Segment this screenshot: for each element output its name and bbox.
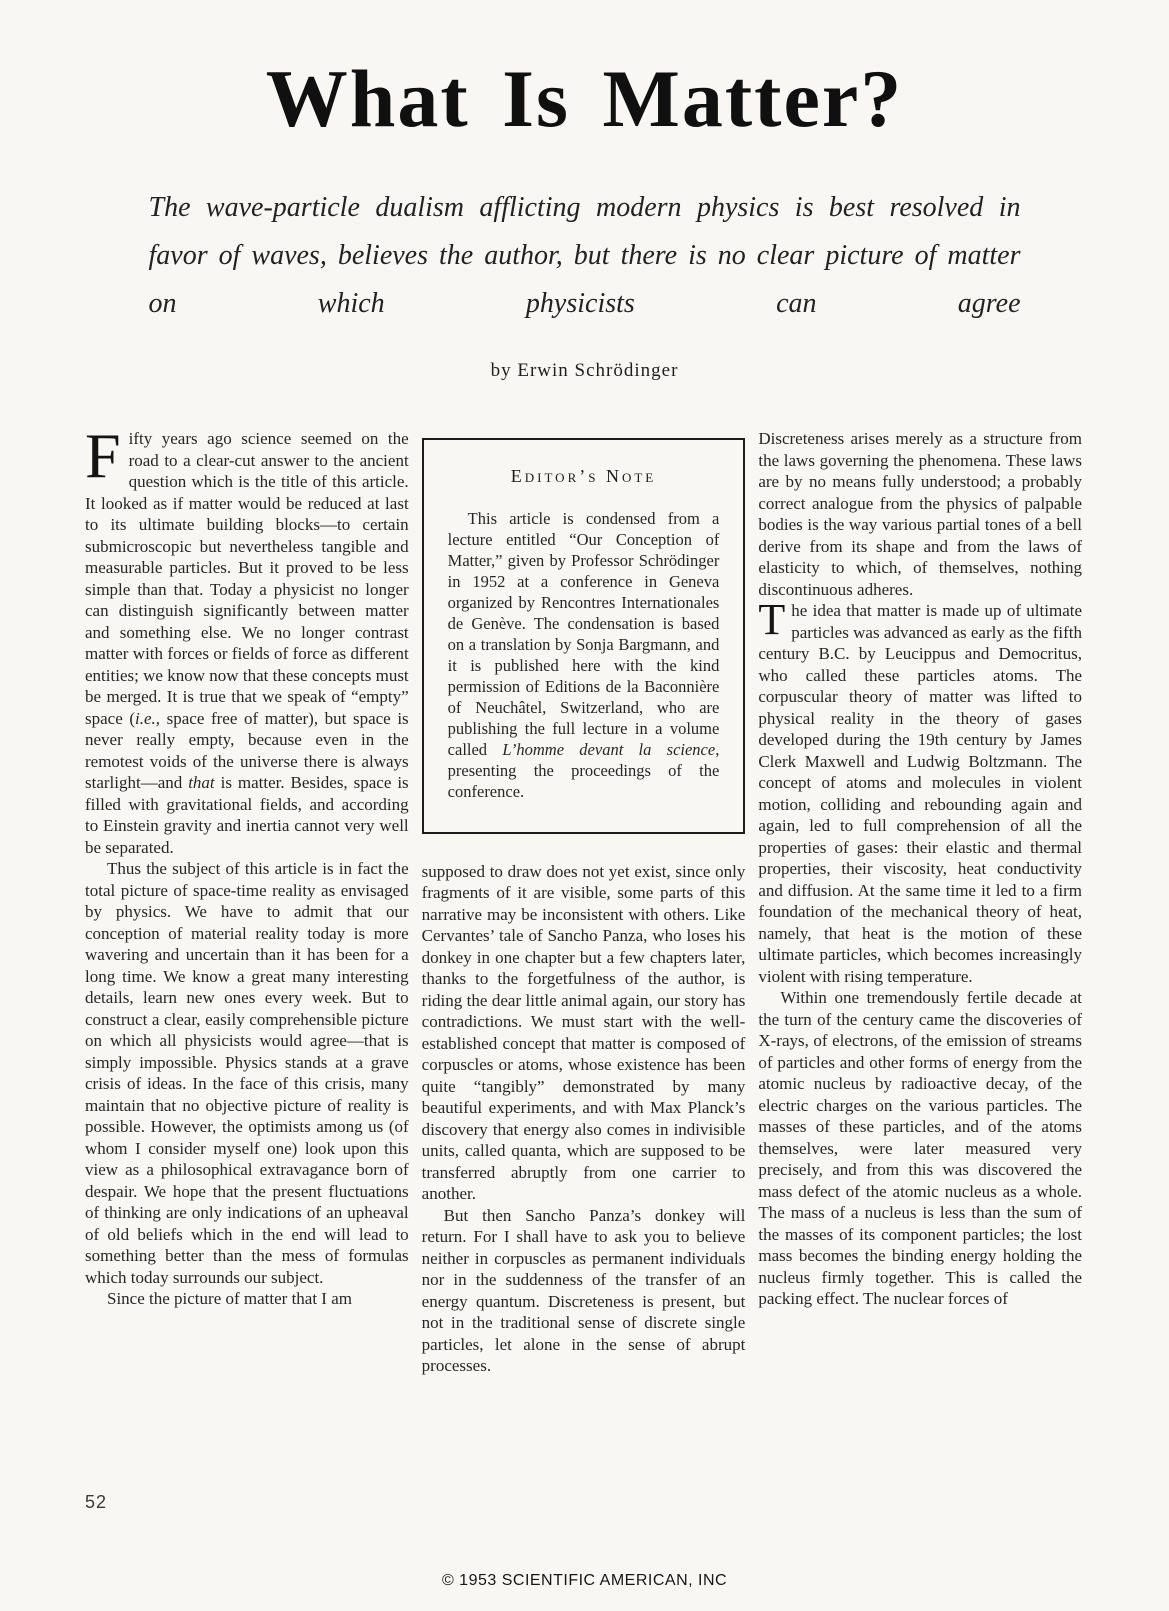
paragraph-text: Since the picture of matter that I am <box>107 1289 352 1308</box>
paragraph-text: Thus the subject of this article is in f… <box>85 859 409 1287</box>
paragraph-text: Discreteness arises merely as a structur… <box>758 429 1082 599</box>
paragraph: Discreteness arises merely as a structur… <box>758 428 1082 600</box>
dropcap: F <box>85 428 129 482</box>
dropcap: T <box>758 600 791 638</box>
paragraph: Within one tremendously fertile decade a… <box>758 987 1082 1310</box>
magazine-page: What Is Matter? The wave-particle dualis… <box>0 0 1169 1611</box>
paragraph: Thus the subject of this article is in f… <box>85 858 409 1288</box>
body-column-2: Editor’s Note This article is condensed … <box>422 428 746 1436</box>
paragraph: Fifty years ago science seemed on the ro… <box>85 428 409 858</box>
paragraph: But then Sancho Panza’s donkey will retu… <box>422 1205 746 1377</box>
article-byline: by Erwin Schrödinger <box>0 360 1169 382</box>
article-title: What Is Matter? <box>0 58 1169 140</box>
editors-note-text: This article is condensed from a lecture… <box>448 508 720 802</box>
paragraph: Since the picture of matter that I am <box>85 1288 409 1310</box>
article-body: Fifty years ago science seemed on the ro… <box>0 428 1169 1436</box>
body-column-3: Discreteness arises merely as a structur… <box>758 428 1082 1436</box>
paragraph-text: Within one tremendously fertile decade a… <box>758 988 1082 1308</box>
paragraph-text: But then Sancho Panza’s donkey will retu… <box>422 1206 746 1376</box>
editors-note-heading: Editor’s Note <box>448 466 720 488</box>
editors-note-box: Editor’s Note This article is condensed … <box>422 438 746 834</box>
article-deck: The wave-particle dualism afflicting mod… <box>149 184 1021 328</box>
copyright-line: © 1953 SCIENTIFIC AMERICAN, INC <box>0 1572 1169 1590</box>
paragraph-text: he idea that matter is made up of ultima… <box>758 601 1082 986</box>
page-number: 52 <box>85 1492 107 1513</box>
paragraph-text: ifty years ago science seemed on the roa… <box>85 429 409 857</box>
paragraph: The idea that matter is made up of ultim… <box>758 600 1082 987</box>
paragraph-text: supposed to draw does not yet exist, sin… <box>422 862 746 1204</box>
paragraph: supposed to draw does not yet exist, sin… <box>422 861 746 1205</box>
body-column-1: Fifty years ago science seemed on the ro… <box>85 428 409 1436</box>
